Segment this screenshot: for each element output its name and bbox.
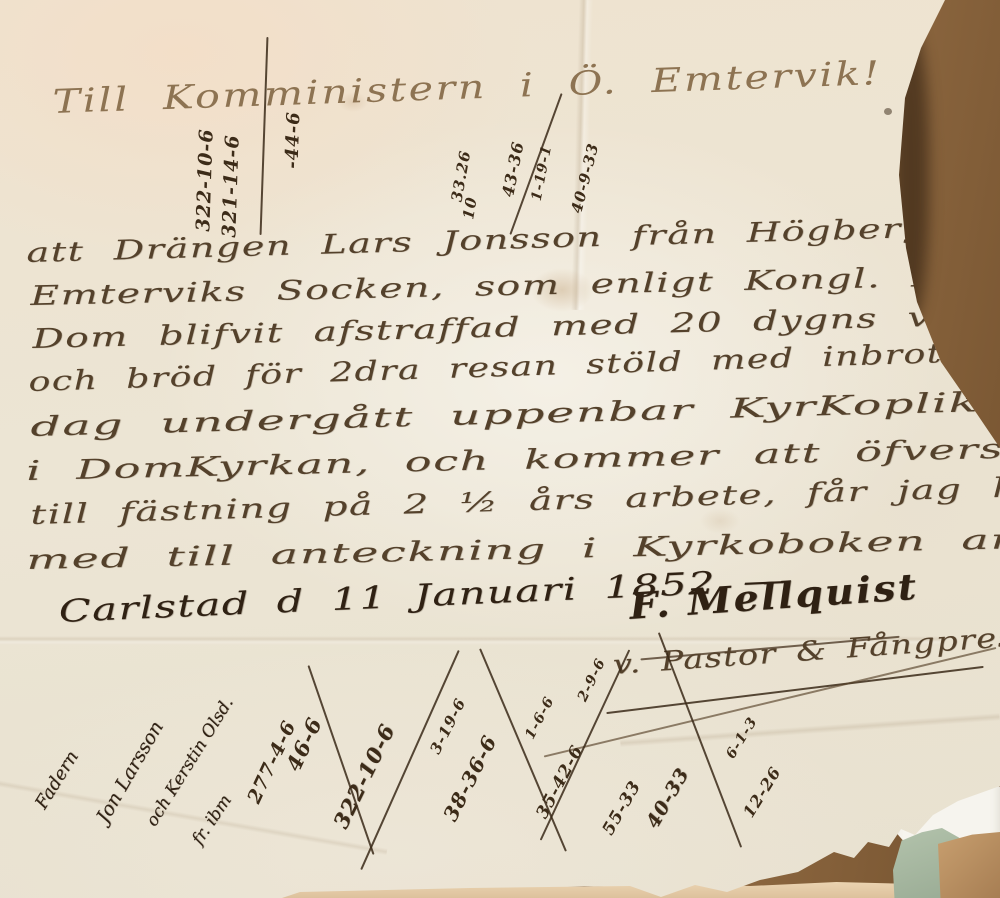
calc-bot3-entry-1: 1-6-6 <box>522 694 558 742</box>
calc-top2-entry-1: 33.26 <box>448 149 475 203</box>
manuscript-page: Till Komministern i Ö. Emtervik! 322-10-… <box>0 0 1000 898</box>
calc-top1-difference: -44-6 <box>282 111 305 169</box>
calc-bot1-total: 322-10-6 <box>328 720 400 833</box>
calc-top1-entry-1: 322-10-6 <box>192 128 218 232</box>
margin-note-word-1: Fadern <box>31 747 83 813</box>
calc-top2-entry-3: 43-36 <box>498 140 527 199</box>
calc-top1-entry-2: 321-14-6 <box>218 134 244 238</box>
cardboard-backing <box>938 832 1000 898</box>
margin-note-word-4: fr. ibm <box>188 791 236 848</box>
calc-bot4-entry-2: 55-33 <box>598 777 645 838</box>
calc-top2-entry-2: 10 <box>459 195 481 221</box>
calc-bot4-entry-3: 40-33 <box>642 764 694 832</box>
dark-fleck <box>884 108 892 115</box>
calc-bot5-entry-1: 6-1-3 <box>723 714 761 761</box>
body-line-8: med till anteckning i Kyrkoboken anmäla. <box>26 521 1000 576</box>
address-heading: Till Komministern i Ö. Emtervik! <box>52 53 882 121</box>
body-line-1: att Drängen Lars Jonsson från Högberg i … <box>26 208 1000 269</box>
lower-crease <box>620 713 1000 747</box>
calc-top2-result: 40-9-33 <box>568 141 603 215</box>
calc-bot5-entry-2: 12-26 <box>739 763 785 821</box>
photo-of-manuscript: Till Komministern i Ö. Emtervik! 322-10-… <box>0 0 1000 898</box>
calc-top1-sum-rule <box>260 37 269 235</box>
calc-bot4-entry-1: 2-9-6 <box>575 656 609 704</box>
